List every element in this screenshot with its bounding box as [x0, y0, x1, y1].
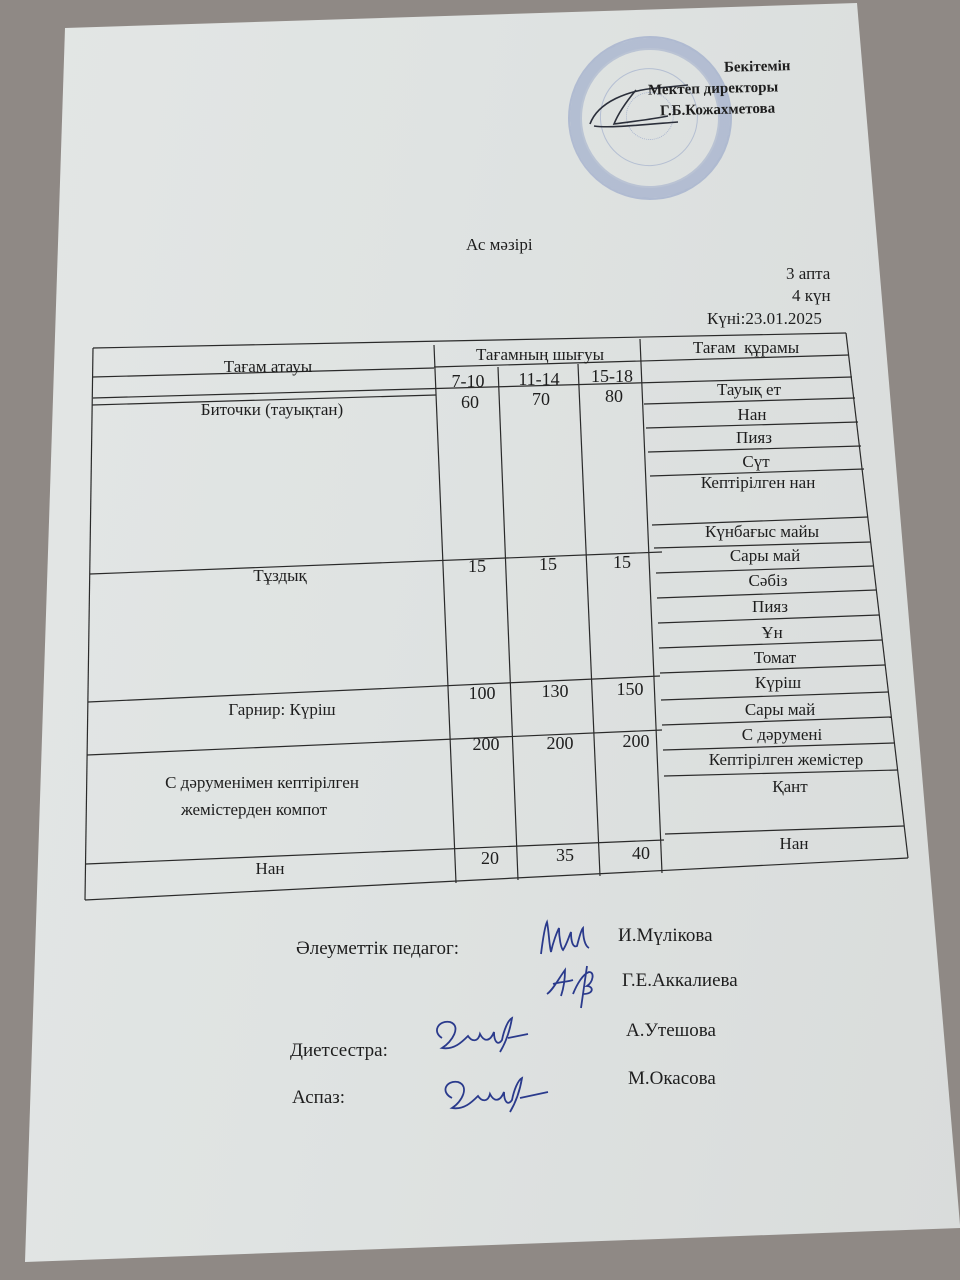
yield-value: 200	[473, 734, 500, 755]
signature-uteshova	[428, 1012, 538, 1062]
ingredient: Сары май	[745, 700, 815, 720]
dish-name: Нан	[256, 859, 285, 879]
header-age-7-10: 7-10	[452, 371, 485, 392]
ingredient: Пияз	[752, 597, 788, 617]
ingredient: Сүт	[742, 452, 769, 472]
yield-value: 200	[623, 731, 650, 752]
signature-role-dietitian: Диетсестра:	[290, 1040, 388, 1062]
signature-mulikova	[535, 918, 595, 962]
signature-name: Г.Е.Аккалиева	[622, 970, 738, 992]
yield-value: 15	[468, 556, 486, 577]
yield-value: 15	[539, 554, 557, 575]
yield-value: 60	[461, 392, 479, 413]
signature-role-cook: Аспаз:	[292, 1087, 345, 1109]
ingredient: Нан	[780, 834, 809, 854]
signature-okasova	[436, 1070, 556, 1120]
ingredient: С дәрумені	[742, 725, 822, 745]
ingredient: Нан	[738, 405, 767, 425]
ingredient: Ұн	[761, 623, 782, 643]
yield-value: 80	[605, 386, 623, 407]
yield-value: 100	[469, 683, 496, 704]
ingredient: Сары май	[730, 546, 800, 566]
yield-value: 40	[632, 843, 650, 864]
signature-akkalieva	[543, 960, 603, 1010]
ingredient: Күріш	[755, 673, 801, 693]
ingredient: Тауық ет	[717, 380, 781, 400]
yield-value: 20	[481, 848, 499, 869]
yield-value: 130	[542, 681, 569, 702]
dish-name-line-2: жемістерден компот	[181, 800, 327, 820]
yield-value: 200	[547, 733, 574, 754]
yield-value: 70	[532, 389, 550, 410]
dish-name: Биточки (тауықтан)	[201, 400, 343, 420]
ingredient: Томат	[754, 648, 796, 668]
signature-name: А.Утешова	[626, 1020, 716, 1042]
ingredient: Күнбағыс майы	[705, 522, 819, 542]
yield-value: 15	[613, 552, 631, 573]
ingredient: Қант	[772, 777, 807, 797]
header-age-11-14: 11-14	[518, 369, 559, 390]
ingredient: Кептірілген нан	[701, 473, 816, 493]
dish-name: Гарнир: Күріш	[228, 700, 335, 720]
dish-name: Тұздық	[253, 566, 307, 586]
ingredient: Кептірілген жемістер	[709, 750, 863, 770]
signature-role-social-pedagogue: Әлеуметтік педагог:	[296, 938, 459, 960]
header-age-15-18: 15-18	[591, 366, 633, 387]
header-yield: Тағамның шығуы	[476, 345, 604, 365]
header-dish-name: Тағам атауы	[224, 357, 312, 377]
signature-name: М.Окасова	[628, 1068, 716, 1090]
signature-name: И.Мүлікова	[618, 925, 713, 947]
yield-value: 35	[556, 845, 574, 866]
yield-value: 150	[617, 679, 644, 700]
dish-name-line-1: С дәруменімен кептірілген	[165, 773, 359, 793]
document-paper: Бекітемін Мектеп директоры Г.Б.Кожахмето…	[0, 0, 960, 1280]
ingredient: Сәбіз	[749, 571, 788, 591]
ingredient: Пияз	[736, 428, 772, 448]
header-composition: Тағам құрамы	[693, 338, 799, 358]
